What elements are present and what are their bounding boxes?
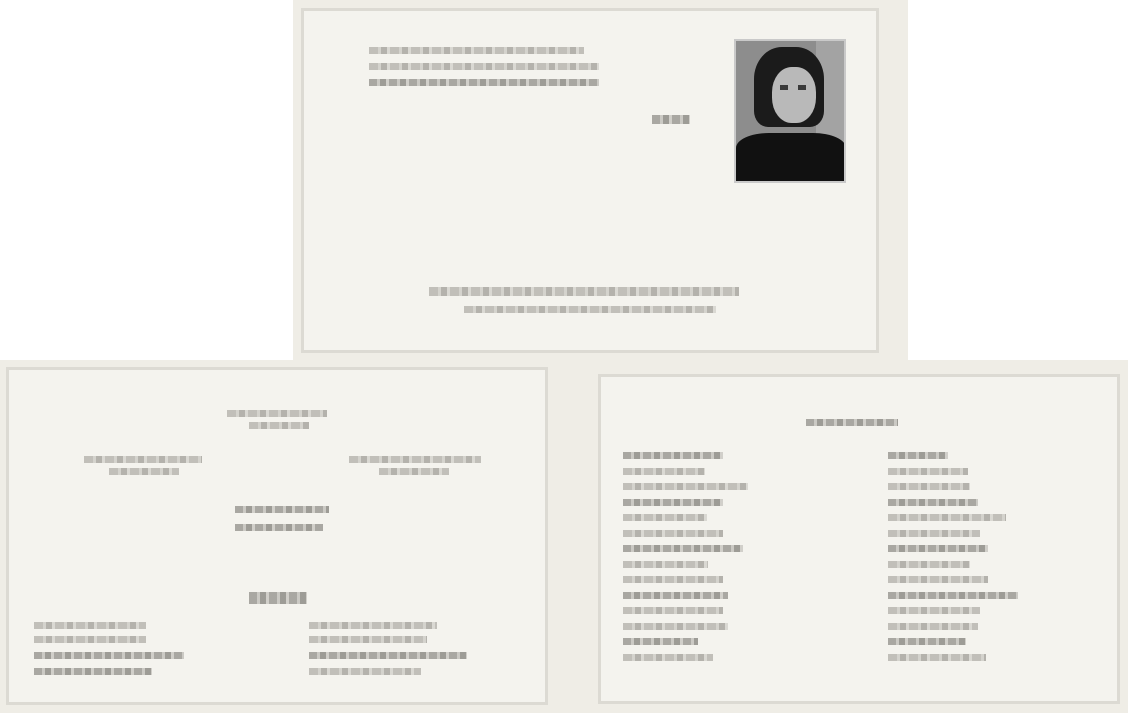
bottom-left-text: [illegible]: [34, 618, 99, 630]
name-entry: [illegible]: [623, 542, 688, 554]
signature-render: [652, 115, 690, 124]
name-entry: [illegible]: [888, 573, 953, 585]
name-entry: [illegible]: [888, 496, 953, 508]
right-name-render: [349, 456, 481, 463]
bottom-right-text: [illegible]: [309, 664, 374, 676]
name-entry: [illegible]: [623, 496, 688, 508]
name-entry: [illegible]: [888, 527, 953, 539]
name-entry: [illegible]: [623, 620, 688, 632]
name-entry: [illegible]: [623, 465, 688, 477]
right-card-heading-render: [806, 419, 898, 426]
bottom-left-text: [illegible]: [34, 648, 99, 660]
name-entry: [illegible]: [888, 511, 953, 523]
name-entry: [illegible]: [623, 589, 688, 601]
top-card: [illegible line 1] [illegible line 2] [i…: [301, 8, 879, 353]
name-entry: [illegible]: [623, 558, 688, 570]
center-name-render: [235, 506, 329, 513]
quote-line: [illegible line 2]: [369, 59, 475, 71]
footer-line-render: [464, 306, 716, 313]
right-card: [illegible heading] [illegible][illegibl…: [598, 374, 1120, 704]
name-entry: [illegible]: [888, 635, 953, 647]
name-entry: [illegible]: [888, 480, 953, 492]
name-entry: [illegible]: [888, 604, 953, 616]
bottom-right-text: [illegible]: [309, 618, 374, 630]
name-entry: [illegible]: [623, 449, 688, 461]
name-entry: [illegible]: [888, 651, 953, 663]
center-name-sub: [illegible]: [235, 520, 300, 532]
quote-line-render: [369, 47, 584, 54]
bottom-left-text: [illegible]: [34, 632, 99, 644]
top-name-render: [227, 410, 327, 417]
name-entry: [illegible]: [888, 449, 953, 461]
left-name-render: [84, 456, 202, 463]
bottom-right-text: [illegible]: [309, 632, 374, 644]
name-entry: [illegible]: [888, 542, 953, 554]
name-entry: [illegible]: [888, 465, 953, 477]
right-name-sub: [illegible]: [379, 464, 444, 476]
top-name-sub: [illegible]: [249, 418, 314, 430]
name-entry: [illegible]: [888, 620, 953, 632]
name-entry: [illegible]: [623, 635, 688, 647]
name-entry: [illegible]: [623, 573, 688, 585]
name-entry: [illegible]: [623, 480, 688, 492]
bottom-right-text: [illegible]: [309, 648, 374, 660]
quote-line: [illegible line 3]: [369, 75, 475, 87]
left-name-sub: [illegible]: [109, 464, 174, 476]
name-entry: [illegible]: [623, 604, 688, 616]
footer-line-render: [429, 287, 739, 296]
name-entry: [illegible]: [888, 558, 953, 570]
bottom-left-text: [illegible]: [34, 664, 99, 676]
name-entry: [illegible]: [623, 651, 688, 663]
portrait-photo: [734, 39, 846, 183]
name-entry: [illegible]: [888, 589, 953, 601]
left-card: [illegible] [illegible] [illegible] [ill…: [6, 367, 548, 705]
name-entry: [illegible]: [623, 511, 688, 523]
mid-label-render: [249, 592, 307, 604]
name-entry: [illegible]: [623, 527, 688, 539]
